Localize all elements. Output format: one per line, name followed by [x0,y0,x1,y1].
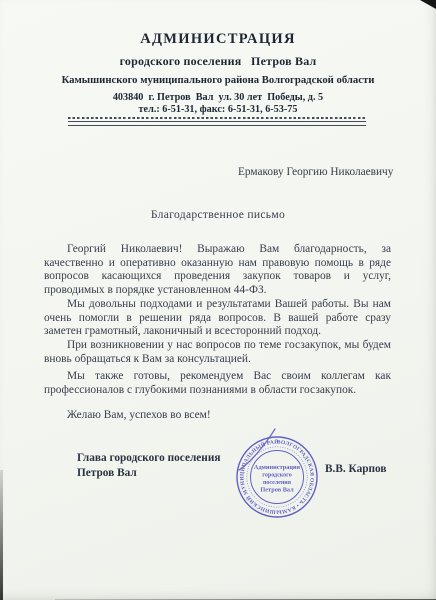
separator-dashed-line [68,117,366,119]
scan-left-edge-shadow [0,470,3,600]
seal-center-line1: Администрация [254,464,301,471]
seal-center-line4: Петров Вал [260,487,294,494]
signer-position-line1: Глава городского поселения [77,451,220,466]
signer-name: В.В. Карпов [325,462,387,477]
paragraph-recommendation: Мы также готовы, рекомендуем Вас своим к… [44,370,391,397]
letterhead-address: 403840 г. Петров Вал ул. 30 лет Победы, … [0,92,436,103]
paragraph-satisfaction: Мы довольны подходами и результатами Ваш… [44,298,391,339]
official-round-seal: ВОЛГОГРАДСКАЯ ОБЛАСТЬ • КАМЫШИНСКИЙ МУНИ… [235,435,319,519]
signer-position: Глава городского поселения Петров Вал [77,451,220,481]
letterhead-district: Камышинского муниципального района Волго… [0,74,436,86]
signer-position-line2: Петров Вал [77,466,220,481]
seal-center-line2: городского [262,473,291,479]
separator-double-line [68,121,366,126]
paragraph-future-consult: При возникновении у нас вопросов по теме… [44,339,391,366]
scanned-letter-page: АДМИНИСТРАЦИЯ городского поселения Петро… [0,0,436,600]
letterhead-org-name: АДМИНИСТРАЦИЯ [0,31,436,48]
paragraph-wishes: Желаю Вам, успехов во всем! [44,409,391,423]
scan-corner-artifact [420,0,436,9]
letter-body: Георгий Николаевич! Выражаю Вам благодар… [44,243,391,422]
letter-title: Благодарственное письмо [0,208,436,221]
letterhead-settlement: городского поселения Петров Вал [0,54,436,69]
addressee-name: Ермакову Георгию Николаевичу [238,166,393,178]
letterhead-phone: тел.: 6-51-31, факс: 6-51-31, 6-53-75 [0,104,436,115]
seal-center-line3: поселения [263,480,292,486]
seal-center-label: Администрация городского поселения Петро… [254,464,301,494]
paragraph-gratitude: Георгий Николаевич! Выражаю Вам благодар… [44,243,391,298]
